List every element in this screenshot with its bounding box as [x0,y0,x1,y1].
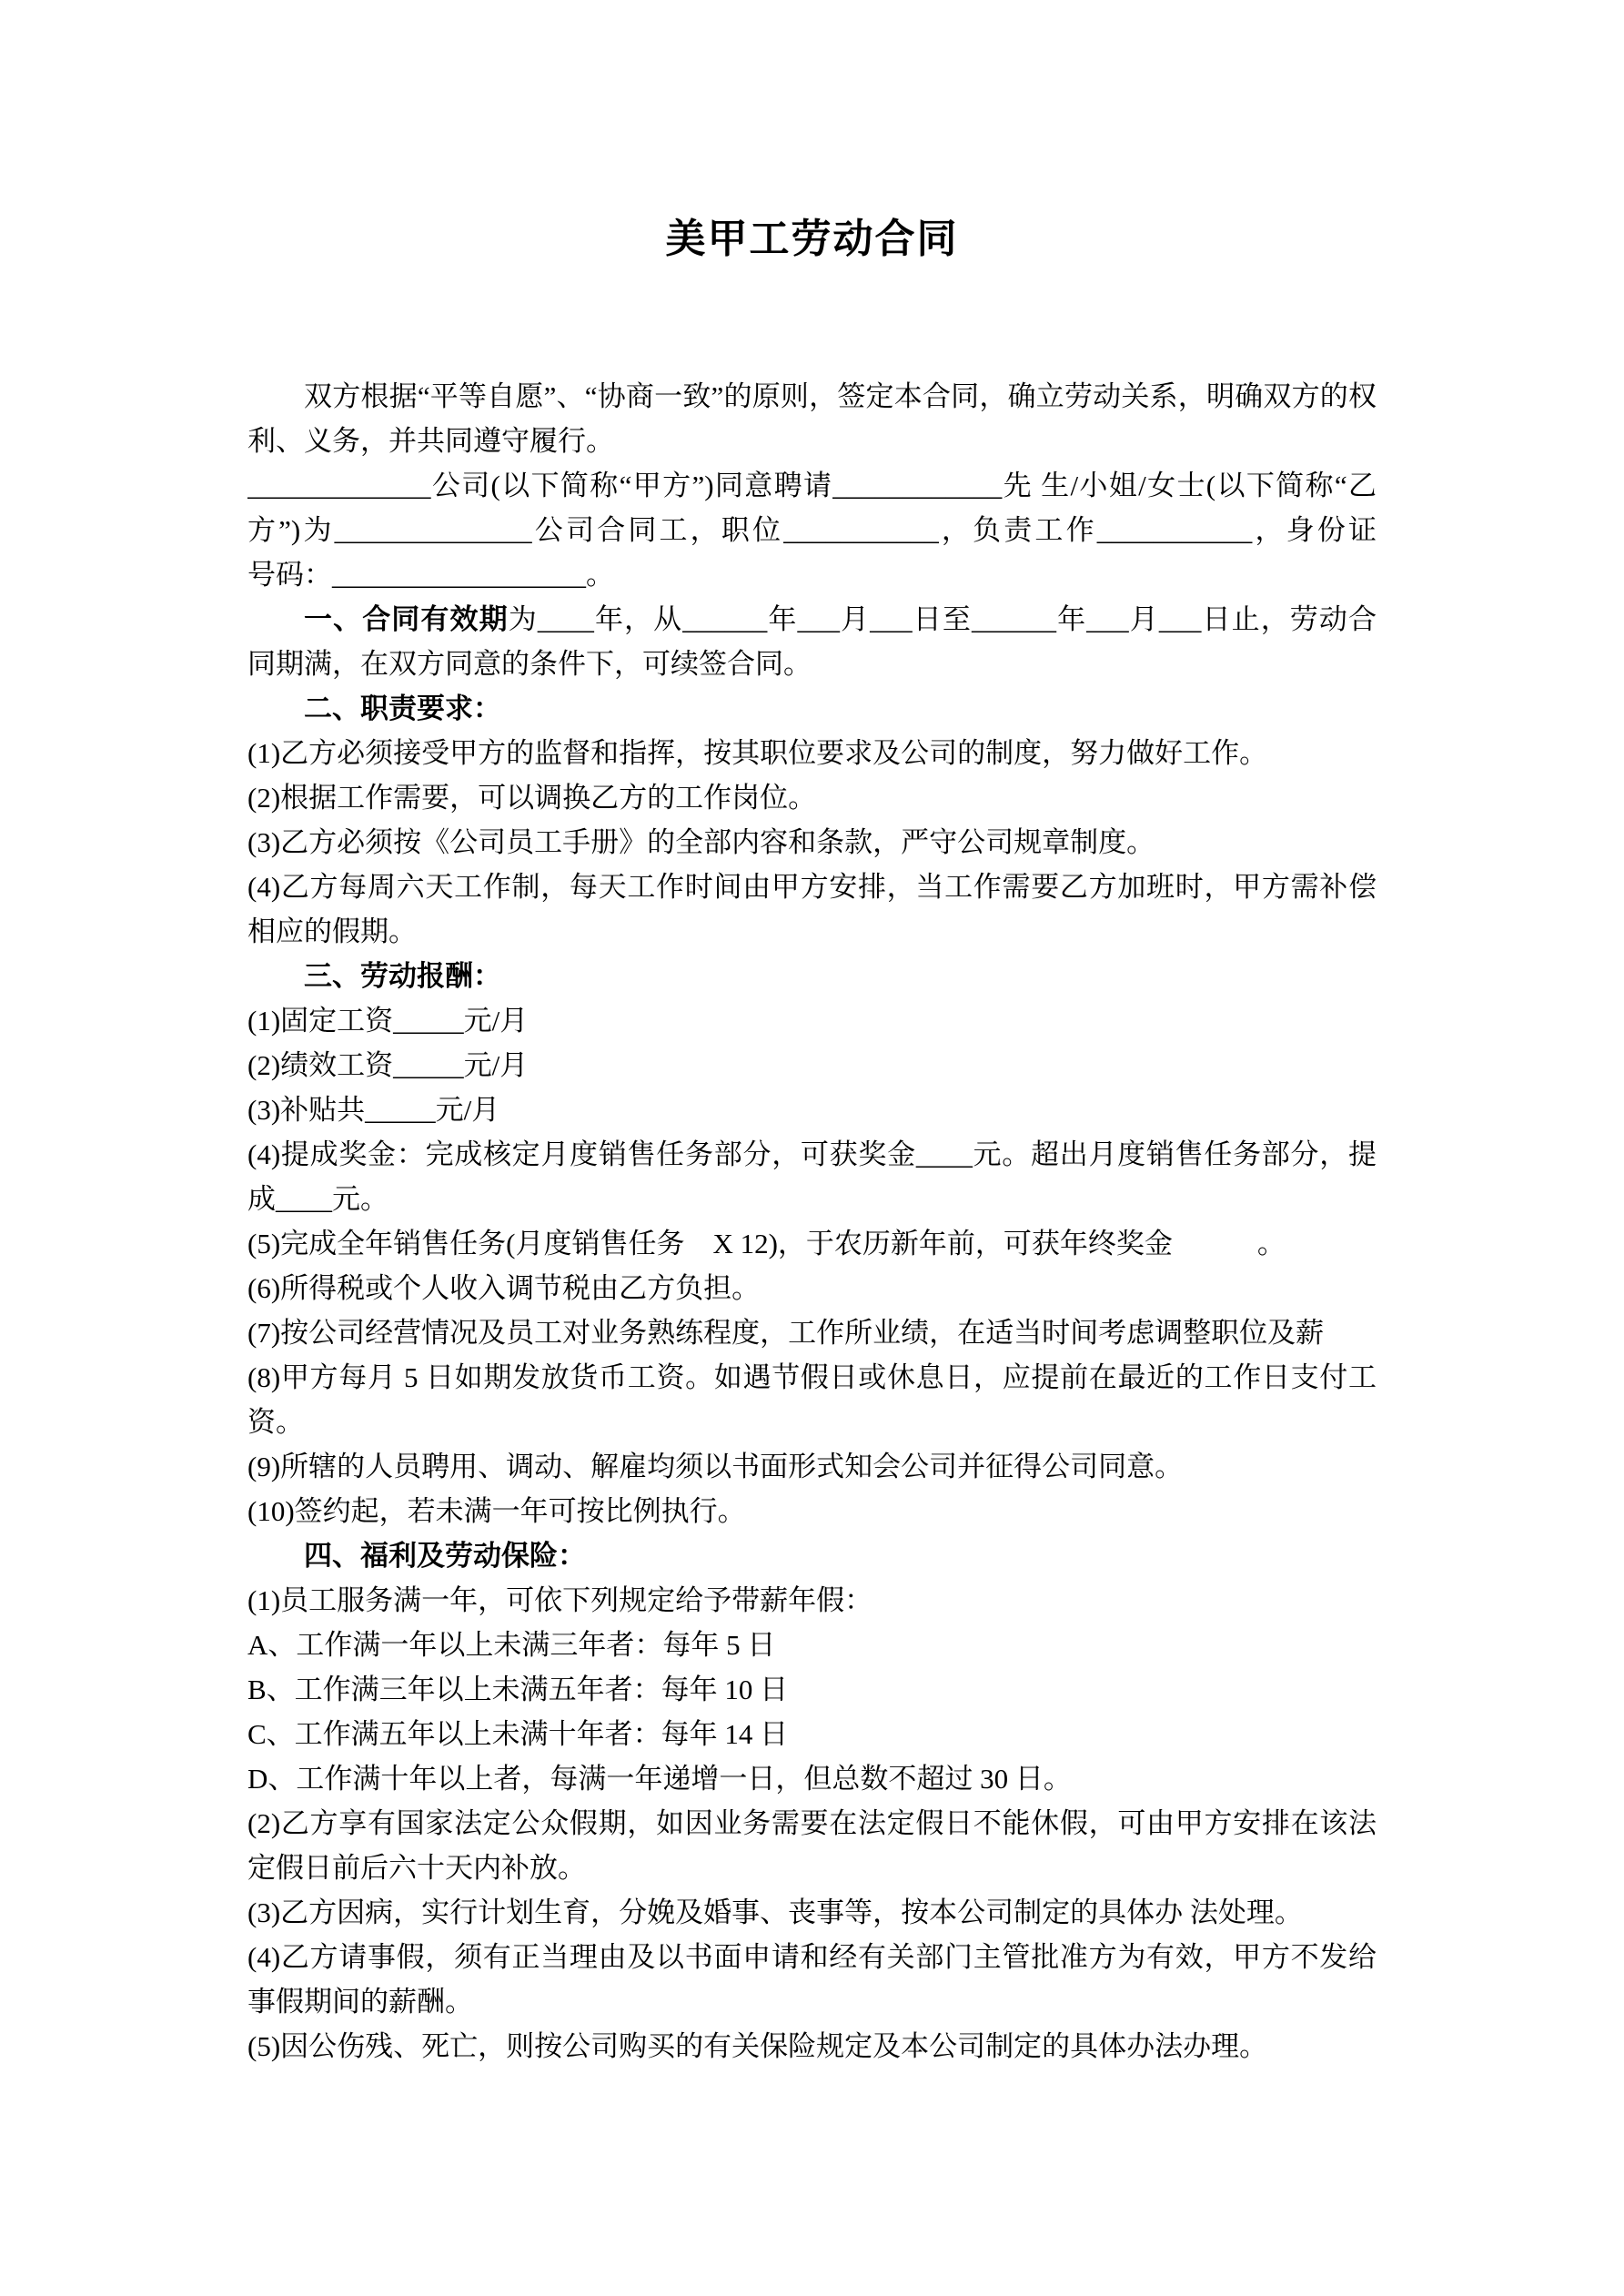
contract-content: 美甲工劳动合同 双方根据“平等自愿”、“协商一致”的原则，签定本合同，确立劳动关… [247,0,1377,2068]
section-3-heading: 三、劳动报酬： [247,954,1377,998]
section-4-item-2-line-2: 定假日前后六十天内补放。 [247,1846,1377,1890]
contract-page: 美甲工劳动合同 双方根据“平等自愿”、“协商一致”的原则，签定本合同，确立劳动关… [0,0,1624,2296]
section-4-item-1-d: D、工作满十年以上者，每满一年递增一日，但总数不超过 30 日。 [247,1756,1377,1801]
section-2-item-3: (3)乙方必须按《公司员工手册》的全部内容和条款，严守公司规章制度。 [247,820,1377,865]
party-line-2: 方”)为______________公司合同工，职位___________，负责… [247,508,1377,552]
section-4-item-1-b: B、工作满三年以上未满五年者：每年 10 日 [247,1667,1377,1712]
intro-line-2: 利、义务，并共同遵守履行。 [247,419,1377,463]
section-3-item-2: (2)绩效工资_____元/月 [247,1043,1377,1087]
section-2-item-1: (1)乙方必须接受甲方的监督和指挥，按其职位要求及公司的制度，努力做好工作。 [247,731,1377,775]
section-3-item-6: (6)所得税或个人收入调节税由乙方负担。 [247,1266,1377,1310]
section-3-item-1: (1)固定工资_____元/月 [247,998,1377,1043]
section-3-item-10: (10)签约起，若未满一年可按比例执行。 [247,1489,1377,1533]
section-4-item-2-line-1: (2)乙方享有国家法定公众假期，如因业务需要在法定假日不能休假，可由甲方安排在该… [247,1801,1377,1846]
section-1-heading-line: 一、合同有效期为____年，从______年___月___日至______年__… [247,597,1377,642]
section-3-item-4-line-2: 成____元。 [247,1177,1377,1221]
section-4-item-1-a: A、工作满一年以上未满三年者：每年 5 日 [247,1623,1377,1667]
intro-line-1: 双方根据“平等自愿”、“协商一致”的原则，签定本合同，确立劳动关系，明确双方的权 [247,374,1377,419]
section-4-heading: 四、福利及劳动保险： [247,1533,1377,1578]
section-4-item-1-c: C、工作满五年以上未满十年者：每年 14 日 [247,1712,1377,1756]
section-1-heading: 一、合同有效期 [304,603,509,635]
section-3-item-9: (9)所辖的人员聘用、调动、解雇均须以书面形式知会公司并征得公司同意。 [247,1444,1377,1489]
section-4-item-1: (1)员工服务满一年，可依下列规定给予带薪年假： [247,1578,1377,1623]
section-2-item-4-line-1: (4)乙方每周六天工作制，每天工作时间由甲方安排，当工作需要乙方加班时，甲方需补… [247,865,1377,909]
section-3-item-5: (5)完成全年销售任务(月度销售任务 X 12)，于农历新年前，可获年终奖金 。 [247,1221,1377,1266]
section-2-heading: 二、职责要求： [247,686,1377,731]
section-2-item-4-line-2: 相应的假期。 [247,909,1377,954]
section-3-item-8-line-1: (8)甲方每月 5 日如期发放货币工资。如遇节假日或休息日，应提前在最近的工作日… [247,1355,1377,1400]
section-4-item-5: (5)因公伤残、死亡，则按公司购买的有关保险规定及本公司制定的具体办法办理。 [247,2024,1377,2068]
section-2-item-2: (2)根据工作需要，可以调换乙方的工作岗位。 [247,775,1377,820]
section-3-item-4-line-1: (4)提成奖金：完成核定月度销售任务部分，可获奖金____元。超出月度销售任务部… [247,1132,1377,1177]
document-body: 双方根据“平等自愿”、“协商一致”的原则，签定本合同，确立劳动关系，明确双方的权… [247,374,1377,2068]
section-3-item-8-line-2: 资。 [247,1400,1377,1444]
document-title: 美甲工劳动合同 [247,213,1377,266]
section-3-item-7: (7)按公司经营情况及员工对业务熟练程度，工作所业绩，在适当时间考虑调整职位及薪… [247,1310,1377,1355]
section-4-item-3: (3)乙方因病，实行计划生育，分娩及婚事、丧事等，按本公司制定的具体办 法处理。 [247,1890,1377,1935]
party-line-3: 号码：__________________。 [247,552,1377,597]
party-line-1: _____________公司(以下简称“甲方”)同意聘请___________… [247,463,1377,508]
section-3-item-3: (3)补贴共_____元/月 [247,1087,1377,1132]
section-4-item-4-line-1: (4)乙方请事假，须有正当理由及以书面申请和经有关部门主管批准方为有效，甲方不发… [247,1935,1377,1979]
section-1-line-2: 同期满，在双方同意的条件下，可续签合同。 [247,642,1377,686]
section-1-text: 为____年，从______年___月___日至______年___月___日止… [509,603,1377,635]
section-4-item-4-line-2: 事假期间的薪酬。 [247,1979,1377,2024]
